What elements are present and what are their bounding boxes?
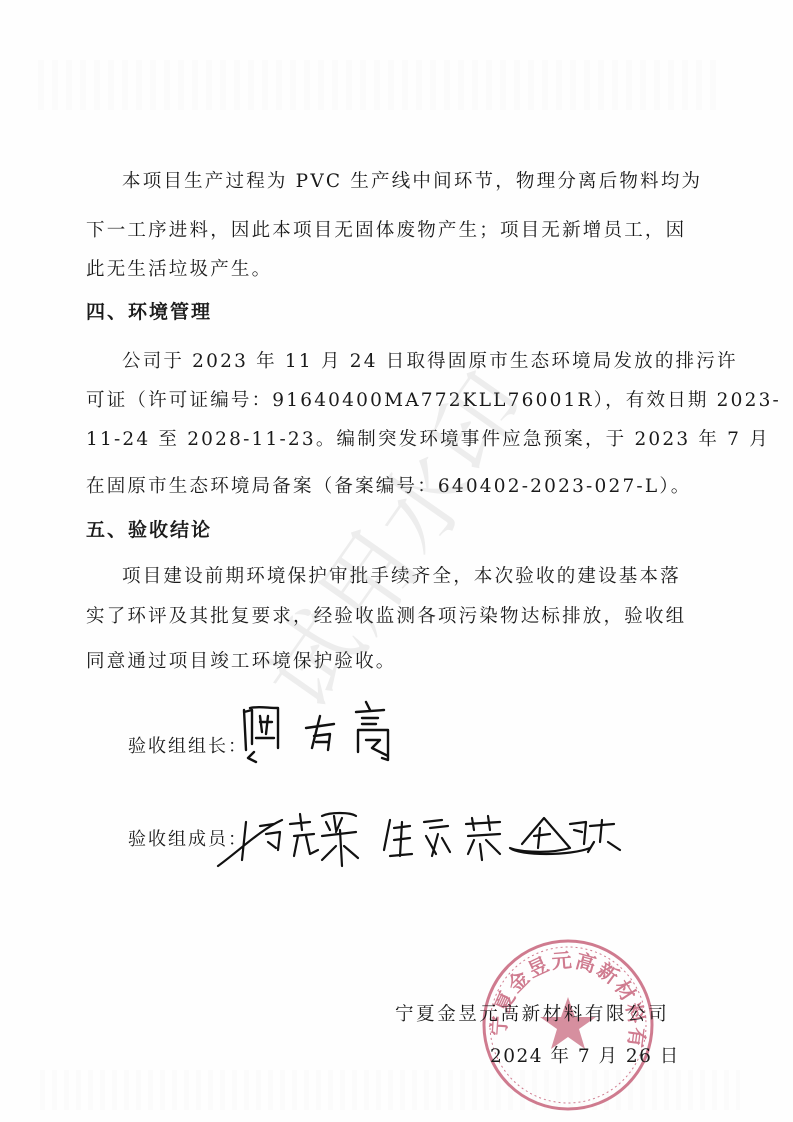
section-heading-environment-management: 四、环境管理	[86, 300, 212, 324]
leader-signature	[238, 690, 418, 780]
paragraph-line: 11-24 至 2028-11-23。编制突发环境事件应急预案，于 2023 年…	[86, 428, 770, 452]
section-heading-acceptance-conclusion: 五、验收结论	[86, 518, 212, 542]
document-page: 本项目生产过程为 PVC 生产线中间环节，物理分离后物料均为 下一工序进料，因此…	[0, 0, 793, 1122]
company-name: 宁夏金昱元高新材料有限公司	[395, 1003, 669, 1027]
show-through-top	[38, 60, 718, 110]
paragraph-line: 此无生活垃圾产生。	[86, 258, 272, 282]
paragraph-line: 可证（许可证编号：91640400MA772KLL76001R），有效日期 20…	[86, 389, 781, 413]
leader-label: 验收组组长：	[128, 735, 248, 759]
members-signatures	[210, 800, 630, 880]
paragraph-line: 在固原市生态环境局备案（备案编号：640402-2023-027-L）。	[86, 475, 692, 499]
paragraph-line: 公司于 2023 年 11 月 24 日取得固原市生态环境局发放的排污许	[122, 350, 738, 374]
paragraph-line: 项目建设前期环境保护审批手续齐全，本次验收的建设基本落	[122, 565, 681, 589]
paragraph-line: 同意通过项目竣工环境保护验收。	[86, 650, 397, 674]
document-date: 2024 年 7 月 26 日	[490, 1045, 680, 1069]
paragraph-line: 本项目生产过程为 PVC 生产线中间环节，物理分离后物料均为	[122, 170, 702, 194]
paragraph-line: 实了环评及其批复要求，经验收监测各项污染物达标排放，验收组	[86, 605, 686, 629]
paragraph-line: 下一工序进料，因此本项目无固体废物产生；项目无新增员工，因	[86, 219, 686, 243]
